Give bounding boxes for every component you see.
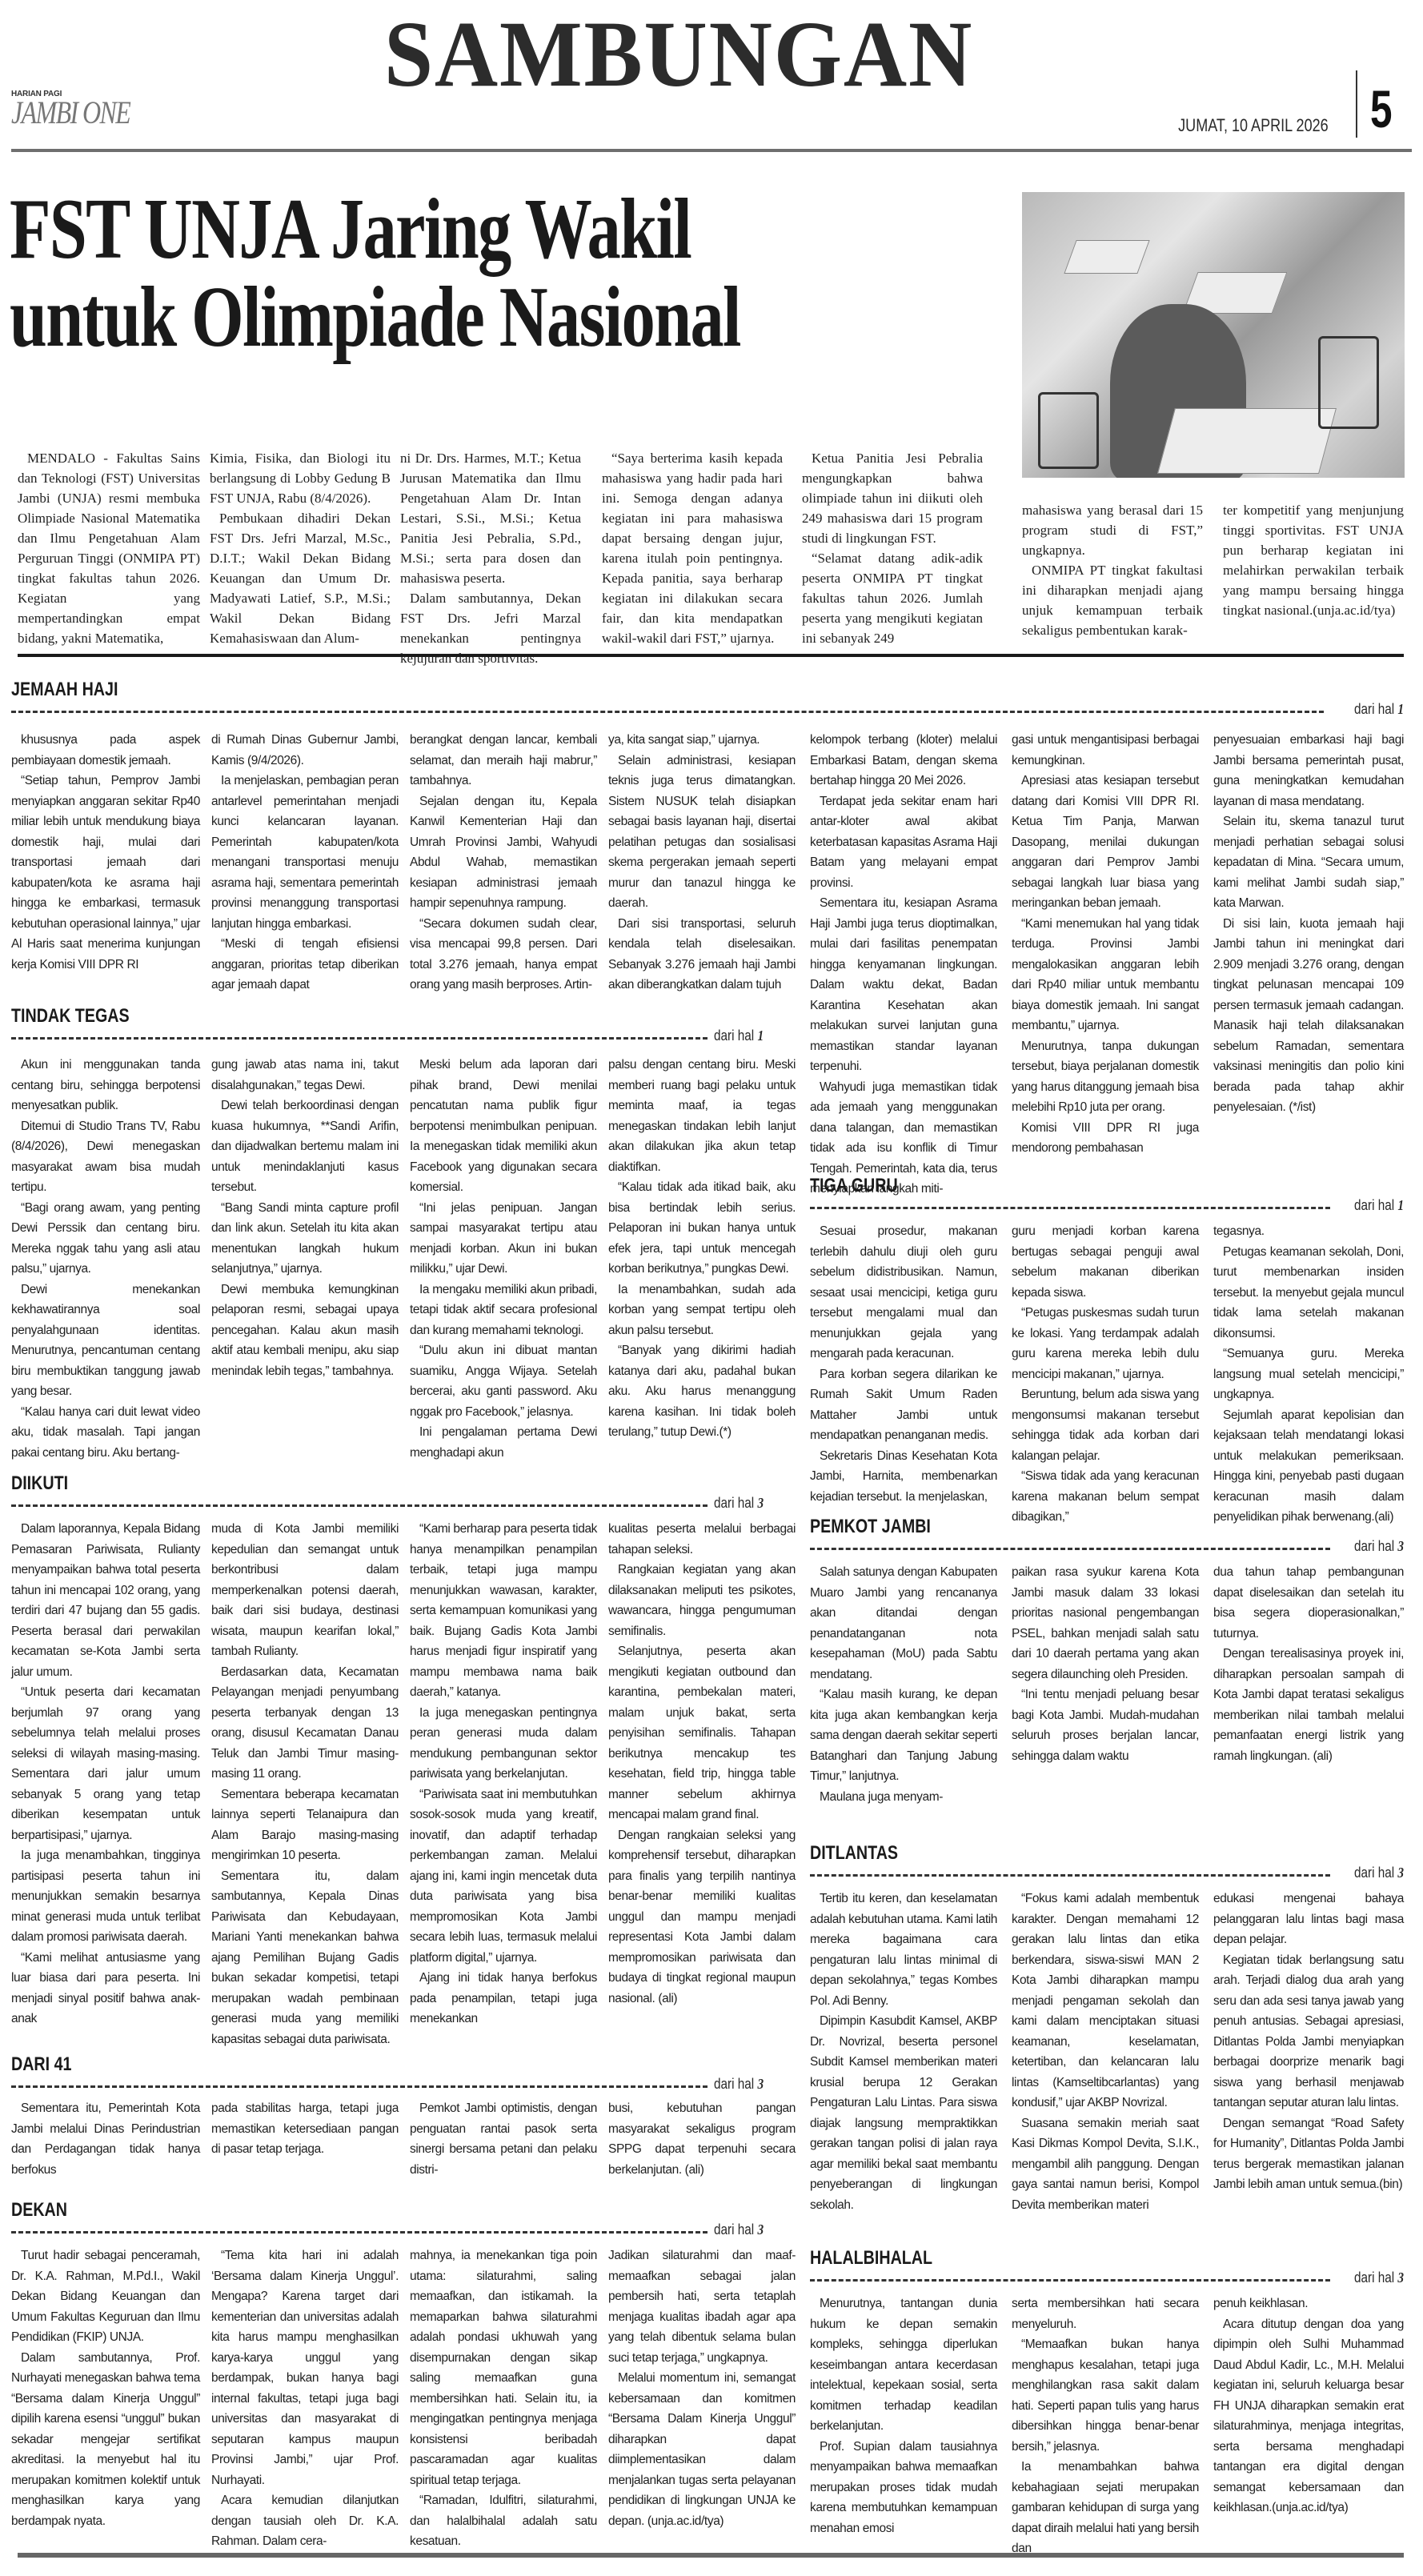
paragraph: paikan rasa syukur karena Kota Jambi mas… (1012, 1562, 1199, 1685)
paragraph: “Ramadan, Idulfitri, silaturahmi, dan ha… (410, 2490, 597, 2552)
paragraph: Suasana semakin meriah saat Kasi Dikmas … (1012, 2113, 1199, 2216)
continued-from: dari hal 3 (1354, 1865, 1404, 1881)
section-column: penyesuaian embarkasi haji bagi Jambi be… (1213, 730, 1404, 1118)
paragraph: gasi untuk mengantisipasi berbagai kemun… (1012, 730, 1199, 771)
section-column: ya, kita sangat siap,” ujarnya. Selain a… (608, 730, 796, 996)
section-dash-rule (810, 2279, 1330, 2282)
paragraph: mahnya, ia menekankan tiga poin utama: s… (410, 2245, 597, 2490)
section-title[interactable]: DARI 41 (11, 2053, 71, 2076)
paragraph: Sekretaris Dinas Kesehatan Kota Jambi, H… (810, 1446, 997, 1508)
section-column: edukasi mengenai bahaya pelanggaran lalu… (1213, 1889, 1404, 2195)
paragraph: Kegiatan tidak berlangsung satu arah. Te… (1213, 1950, 1404, 2113)
section-column: Turut hadir sebagai penceramah, Dr. K.A.… (11, 2245, 200, 2531)
paragraph: Dewi menekankan kekhawatirannya soal pen… (11, 1280, 200, 1402)
paragraph: Menurutnya, tanpa dukungan tersebut, bia… (1012, 1036, 1199, 1118)
continued-from: dari hal 3 (714, 2076, 764, 2093)
paragraph: “Fokus kami adalah membentuk karakter. D… (1012, 1889, 1199, 2113)
paragraph: Sejalan dengan itu, Kepala Kanwil Kement… (410, 791, 597, 914)
paragraph: “Meski di tengah efisiensi anggaran, pri… (211, 934, 399, 996)
headline-line-1: FST UNJA Jaring Wakil (10, 186, 784, 274)
paragraph: “Memaafkan bukan hanya menghapus kesalah… (1012, 2334, 1199, 2457)
section-column: kelompok terbang (kloter) melalui Embark… (810, 730, 997, 1200)
lead-column-4: “Saya berterima kasih kepada mahasiswa y… (602, 448, 783, 648)
paragraph: guru menjadi korban karena bertugas seba… (1012, 1221, 1199, 1303)
section-dash-rule (810, 1207, 1330, 1209)
paragraph: “Bagi orang awam, yang penting Dewi Pers… (11, 1198, 200, 1280)
section-column: palsu dengan centang biru. Meski memberi… (608, 1055, 796, 1443)
continued-label: dari hal (714, 2076, 754, 2092)
continued-page: 3 (757, 2221, 764, 2237)
continued-label: dari hal (1354, 1865, 1394, 1881)
continued-label: dari hal (714, 2221, 754, 2237)
paragraph: Acara kemudian dilanjutkan dengan tausia… (211, 2490, 399, 2552)
paragraph: Dengan rangkaian seleksi yang komprehens… (608, 1825, 796, 2009)
paragraph: Ketua Panitia Jesi Pebralia mengungkapka… (802, 448, 983, 548)
paragraph: “Kami berharap para peserta tidak hanya … (410, 1519, 597, 1703)
paragraph: Selain itu, skema tanazul turut menjadi … (1213, 811, 1404, 914)
section-column: dua tahun tahap pembangunan dapat disele… (1213, 1562, 1404, 1766)
lead-column-2: Kimia, Fisika, dan Biologi itu berlangsu… (210, 448, 391, 648)
section-column: Salah satunya dengan Kabupaten Muaro Jam… (810, 1562, 997, 1807)
paragraph: Kimia, Fisika, dan Biologi itu berlangsu… (210, 448, 391, 508)
paragraph: “Setiap tahun, Pemprov Jambi menyiapkan … (11, 771, 200, 975)
section-title[interactable]: TIGA GURU (810, 1175, 898, 1197)
section-title[interactable]: HALALBIHALAL (810, 2247, 932, 2270)
photo-chair (1038, 392, 1099, 469)
continued-from: dari hal 1 (1354, 701, 1404, 718)
paragraph: Sementara itu, kesiapan Asrama Haji Jamb… (810, 893, 997, 1077)
paragraph: Di sisi lain, kuota jemaah haji Jambi ta… (1213, 914, 1404, 1118)
section-column: paikan rasa syukur karena Kota Jambi mas… (1012, 1562, 1199, 1766)
section-column: “Kami berharap para peserta tidak hanya … (410, 1519, 597, 2029)
paragraph: muda di Kota Jambi memiliki kepedulian d… (211, 1519, 399, 1662)
paragraph: “Pariwisata saat ini membutuhkan sosok-s… (410, 1785, 597, 1969)
paragraph: Dengan terealisasinya proyek ini, dihara… (1213, 1644, 1404, 1766)
newspaper-logo[interactable]: HARIAN PAGI JAMBI ONE (11, 90, 159, 127)
section-column: di Rumah Dinas Gubernur Jambi, Kamis (9/… (211, 730, 399, 996)
lead-column-1: MENDALO - Fakultas Sains dan Teknologi (… (18, 448, 200, 648)
section-column: Sementara itu, Pemerintah Kota Jambi mel… (11, 2098, 200, 2180)
continued-page: 1 (757, 1028, 764, 1044)
lead-column-3: ni Dr. Drs. Harmes, M.T.; Ketua Jurusan … (400, 448, 581, 668)
continued-page: 3 (1397, 1865, 1404, 1881)
continued-page: 3 (757, 2076, 764, 2092)
section-column: penuh keikhlasan. Acara ditutup dengan d… (1213, 2294, 1404, 2518)
paragraph: kelompok terbang (kloter) melalui Embark… (810, 730, 997, 791)
lead-column-6: mahasiswa yang berasal dari 15 program s… (1022, 500, 1203, 640)
paragraph: Selanjutnya, peserta akan mengikuti kegi… (608, 1641, 796, 1825)
paragraph: Selain administrasi, kesiapan teknis jug… (608, 751, 796, 914)
paragraph: “Ini jelas penipuan. Jangan sampai masya… (410, 1198, 597, 1280)
continued-from: dari hal 3 (714, 1495, 764, 1512)
paragraph: Sejumlah aparat kepolisian dan kejaksaan… (1213, 1405, 1404, 1528)
section-dash-rule (810, 1548, 1330, 1550)
paragraph: penyesuaian embarkasi haji bagi Jambi be… (1213, 730, 1404, 811)
paragraph: ONMIPA PT tingkat fakultasi ini diharapk… (1022, 560, 1203, 640)
section-column: khususnya pada aspek pembiayaan domestik… (11, 730, 200, 975)
continued-page: 3 (757, 1495, 764, 1511)
continued-page: 1 (1397, 701, 1404, 717)
section-column: busi, kebutuhan pangan masyarakat sekali… (608, 2098, 796, 2180)
paragraph: Jadikan silaturahmi dan maaf-memaafkan s… (608, 2245, 796, 2368)
paragraph: Ia menjelaskan, pembagian peran antarlev… (211, 771, 399, 934)
paragraph: Dari sisi transportasi, seluruh kendala … (608, 914, 796, 996)
section-dash-rule (11, 711, 1324, 713)
paragraph: “Semuanya guru. Mereka langsung mual set… (1213, 1344, 1404, 1405)
continued-from: dari hal 3 (714, 2221, 764, 2238)
paragraph: Sementara beberapa kecamatan lainnya sep… (211, 1785, 399, 1866)
section-title[interactable]: DITLANTAS (810, 1842, 898, 1865)
paragraph: Pembukaan dihadiri Dekan FST Drs. Jefri … (210, 508, 391, 648)
paragraph: Sementara itu, Pemerintah Kota Jambi mel… (11, 2098, 200, 2180)
section-column: gung jawab atas nama ini, takut disalahg… (211, 1055, 399, 1381)
lead-headline: FST UNJA Jaring Wakil untuk Olimpiade Na… (10, 186, 784, 362)
continued-page: 3 (1397, 1538, 1404, 1554)
paragraph: ni Dr. Drs. Harmes, M.T.; Ketua Jurusan … (400, 448, 581, 588)
headline-line-2: untuk Olimpiade Nasional (10, 274, 784, 362)
paragraph: “Kami melihat antusiasme yang luar biasa… (11, 1948, 200, 2029)
paragraph: “Kalau hanya cari duit lewat video aku, … (11, 1402, 200, 1464)
paragraph: Maulana juga menyam- (810, 1787, 997, 1808)
section-column: Akun ini menggunakan tanda centang biru,… (11, 1055, 200, 1463)
section-dash-rule (11, 2231, 707, 2233)
paragraph: Prof. Supian dalam tausiahnya menyampaik… (810, 2437, 997, 2539)
section-title[interactable]: JEMAAH HAJI (11, 679, 118, 701)
section-column: guru menjadi korban karena bertugas seba… (1012, 1221, 1199, 1528)
paragraph: Dipimpin Kasubdit Kamsel, AKBP Dr. Novri… (810, 2011, 997, 2215)
section-dash-rule (810, 1874, 1330, 1877)
paragraph: MENDALO - Fakultas Sains dan Teknologi (… (18, 448, 200, 648)
paragraph: ter kompetitif yang menjunjung tinggi sp… (1223, 500, 1404, 620)
paragraph: Ia mengaku memiliki akun pribadi, tetapi… (410, 1280, 597, 1341)
section-column: mahnya, ia menekankan tiga poin utama: s… (410, 2245, 597, 2552)
page-number: 5 (1370, 78, 1393, 139)
section-title[interactable]: DEKAN (11, 2199, 67, 2221)
paragraph: “Untuk peserta dari kecamatan berjumlah … (11, 1682, 200, 1845)
paragraph: Akun ini menggunakan tanda centang biru,… (11, 1055, 200, 1116)
paragraph: Petugas keamanan sekolah, Doni, turut me… (1213, 1242, 1404, 1344)
paragraph: “Kalau tidak ada itikad baik, aku bisa b… (608, 1177, 796, 1280)
paragraph: “Ini tentu menjadi peluang besar bagi Ko… (1012, 1685, 1199, 1766)
section-column: “Tema kita hari ini adalah ‘Bersama dala… (211, 2245, 399, 2552)
section-column: serta membersihkan hati secara menyeluru… (1012, 2294, 1199, 2559)
section-column: gasi untuk mengantisipasi berbagai kemun… (1012, 730, 1199, 1159)
continued-label: dari hal (714, 1028, 754, 1044)
section-column: Meski belum ada laporan dari pihak brand… (410, 1055, 597, 1463)
section-column: Menurutnya, tantangan dunia hukum ke dep… (810, 2294, 997, 2538)
paragraph: pada stabilitas harga, tetapi juga memas… (211, 2098, 399, 2160)
section-column: muda di Kota Jambi memiliki kepedulian d… (211, 1519, 399, 2049)
paragraph: “Dulu akun ini dibuat mantan suamiku, An… (410, 1340, 597, 1422)
continued-from: dari hal 1 (1354, 1197, 1404, 1214)
paragraph: Melalui momentum ini, semangat kebersama… (608, 2368, 796, 2531)
paragraph: dua tahun tahap pembangunan dapat disele… (1213, 1562, 1404, 1644)
paragraph: “Saya berterima kasih kepada mahasiswa y… (602, 448, 783, 648)
paragraph: Ia menambahkan, sudah ada korban yang se… (608, 1280, 796, 1341)
section-column: berangkat dengan lancar, kembali selamat… (410, 730, 597, 996)
page-bottom-rule (18, 2553, 1404, 2558)
continued-page: 1 (1397, 1197, 1404, 1213)
paragraph: Ajang ini tidak hanya berfokus pada pena… (410, 1968, 597, 2029)
paragraph: Dengan semangat “Road Safety for Humanit… (1213, 2113, 1404, 2195)
section-title[interactable]: TINDAK TEGAS (11, 1005, 130, 1028)
masthead-rule (11, 149, 1412, 152)
paragraph: Beruntung, belum ada siswa yang mengonsu… (1012, 1384, 1199, 1466)
paragraph: tegasnya. (1213, 1221, 1404, 1242)
paragraph: “Tema kita hari ini adalah ‘Bersama dala… (211, 2245, 399, 2490)
section-column: Jadikan silaturahmi dan maaf-memaafkan s… (608, 2245, 796, 2531)
paragraph: serta membersihkan hati secara menyeluru… (1012, 2294, 1199, 2334)
paragraph: Komisi VIII DPR RI juga mendorong pembah… (1012, 1118, 1199, 1159)
continued-from: dari hal 1 (714, 1028, 764, 1044)
paragraph: Acara ditutup dengan doa yang dipimpin o… (1213, 2314, 1404, 2518)
photo-chair (1318, 336, 1379, 429)
section-column: pada stabilitas harga, tetapi juga memas… (211, 2098, 399, 2160)
continued-page: 3 (1397, 2270, 1404, 2286)
section-dash-rule (11, 1037, 707, 1040)
paragraph: Sementara itu, dalam sambutannya, Kepala… (211, 1866, 399, 2050)
logo-wordmark: JAMBI ONE (11, 98, 130, 127)
publication-date: JUMAT, 10 APRIL 2026 (1178, 115, 1329, 136)
paragraph: Dewi membuka kemungkinan pelaporan resmi… (211, 1280, 399, 1382)
section-column: kualitas peserta melalui berbagai tahapa… (608, 1519, 796, 2009)
continued-from: dari hal 3 (1354, 1538, 1404, 1555)
paragraph: Turut hadir sebagai penceramah, Dr. K.A.… (11, 2245, 200, 2348)
paragraph: Sesuai prosedur, makanan terlebih dahulu… (810, 1221, 997, 1364)
paragraph: Pemkot Jambi optimistis, dengan penguata… (410, 2098, 597, 2180)
paragraph: Dalam laporannya, Kepala Bidang Pemasara… (11, 1519, 200, 1682)
paragraph: Berdasarkan data, Kecamatan Pelayangan m… (211, 1662, 399, 1785)
masthead: HARIAN PAGI JAMBI ONE SAMBUNGAN JUMAT, 1… (0, 0, 1423, 156)
continued-from: dari hal 3 (1354, 2270, 1404, 2286)
continued-label: dari hal (1354, 1197, 1394, 1213)
paragraph: gung jawab atas nama ini, takut disalahg… (211, 1055, 399, 1096)
paragraph: “Banyak yang dikirimi hadiah katanya dar… (608, 1340, 796, 1443)
paragraph: di Rumah Dinas Gubernur Jambi, Kamis (9/… (211, 730, 399, 771)
section-column: tegasnya. Petugas keamanan sekolah, Doni… (1213, 1221, 1404, 1528)
continued-label: dari hal (1354, 2270, 1394, 2286)
paragraph: Salah satunya dengan Kabupaten Muaro Jam… (810, 1562, 997, 1685)
continued-label: dari hal (714, 1495, 754, 1511)
paragraph: edukasi mengenai bahaya pelanggaran lalu… (1213, 1889, 1404, 1950)
paragraph: Terdapat jeda sekitar enam hari antar-kl… (810, 791, 997, 894)
lead-column-7: ter kompetitif yang menjunjung tinggi sp… (1223, 500, 1404, 620)
paragraph: kualitas peserta melalui berbagai tahapa… (608, 1519, 796, 1560)
paragraph: “Siswa tidak ada yang keracunan karena m… (1012, 1466, 1199, 1528)
section-title[interactable]: PEMKOT JAMBI (810, 1516, 931, 1538)
masthead-divider (1356, 70, 1357, 138)
photo-desk (1157, 408, 1337, 474)
continued-label: dari hal (1354, 1538, 1394, 1554)
section-column: Sesuai prosedur, makanan terlebih dahulu… (810, 1221, 997, 1507)
paragraph: Dalam sambutannya, Prof. Nurhayati meneg… (11, 2348, 200, 2532)
paragraph: mahasiswa yang berasal dari 15 program s… (1022, 500, 1203, 560)
section-dash-rule (11, 2085, 707, 2088)
paragraph: Tertib itu keren, dan keselamatan adalah… (810, 1889, 997, 2011)
paragraph: Apresiasi atas kesiapan tersebut datang … (1012, 771, 1199, 914)
paragraph: “Kami menemukan hal yang tidak terduga. … (1012, 914, 1199, 1036)
paragraph: khususnya pada aspek pembiayaan domestik… (11, 730, 200, 771)
paragraph: Meski belum ada laporan dari pihak brand… (410, 1055, 597, 1198)
paragraph: berangkat dengan lancar, kembali selamat… (410, 730, 597, 791)
paragraph: Rangkaian kegiatan yang akan dilaksanaka… (608, 1560, 796, 1641)
photo-desk (1064, 240, 1149, 274)
paragraph: penuh keikhlasan. (1213, 2294, 1404, 2314)
paragraph: “Kalau masih kurang, ke depan kita juga … (810, 1685, 997, 1787)
section-column: Dalam laporannya, Kepala Bidang Pemasara… (11, 1519, 200, 2029)
paragraph: “Bang Sandi minta capture profil dan lin… (211, 1198, 399, 1280)
paragraph: “Secara dokumen sudah clear, visa mencap… (410, 914, 597, 996)
lead-photo[interactable] (1022, 192, 1405, 478)
section-column: Tertib itu keren, dan keselamatan adalah… (810, 1889, 997, 2215)
paragraph: Dewi telah berkoordinasi dengan kuasa hu… (211, 1096, 399, 1198)
section-rubric: SAMBUNGAN (384, 8, 973, 100)
section-dash-rule (11, 1504, 707, 1507)
paragraph: ya, kita sangat siap,” ujarnya. (608, 730, 796, 751)
paragraph: Ditemui di Studio Trans TV, Rabu (8/4/20… (11, 1116, 200, 1198)
paragraph: Ia juga menegaskan pentingnya peran gene… (410, 1703, 597, 1785)
lead-column-5: Ketua Panitia Jesi Pebralia mengungkapka… (802, 448, 983, 648)
section-column: Pemkot Jambi optimistis, dengan penguata… (410, 2098, 597, 2180)
section-title[interactable]: DIIKUTI (11, 1472, 68, 1495)
paragraph: Ia juga menambahkan, tingginya partisipa… (11, 1845, 200, 1948)
paragraph: “Selamat datang adik-adik peserta ONMIPA… (802, 548, 983, 648)
paragraph: Ia menambahkan bahwa kebahagiaan sejati … (1012, 2457, 1199, 2559)
paragraph: busi, kebutuhan pangan masyarakat sekali… (608, 2098, 796, 2180)
paragraph: Ini pengalaman pertama Dewi menghadapi a… (410, 1422, 597, 1463)
section-column: “Fokus kami adalah membentuk karakter. D… (1012, 1889, 1199, 2215)
paragraph: Menurutnya, tantangan dunia hukum ke dep… (810, 2294, 997, 2437)
paragraph: Para korban segera dilarikan ke Rumah Sa… (810, 1364, 997, 1446)
paragraph: “Petugas puskesmas sudah turun ke lokasi… (1012, 1303, 1199, 1384)
paragraph: palsu dengan centang biru. Meski memberi… (608, 1055, 796, 1177)
continued-label: dari hal (1354, 701, 1394, 717)
lead-bottom-rule (18, 654, 1404, 657)
